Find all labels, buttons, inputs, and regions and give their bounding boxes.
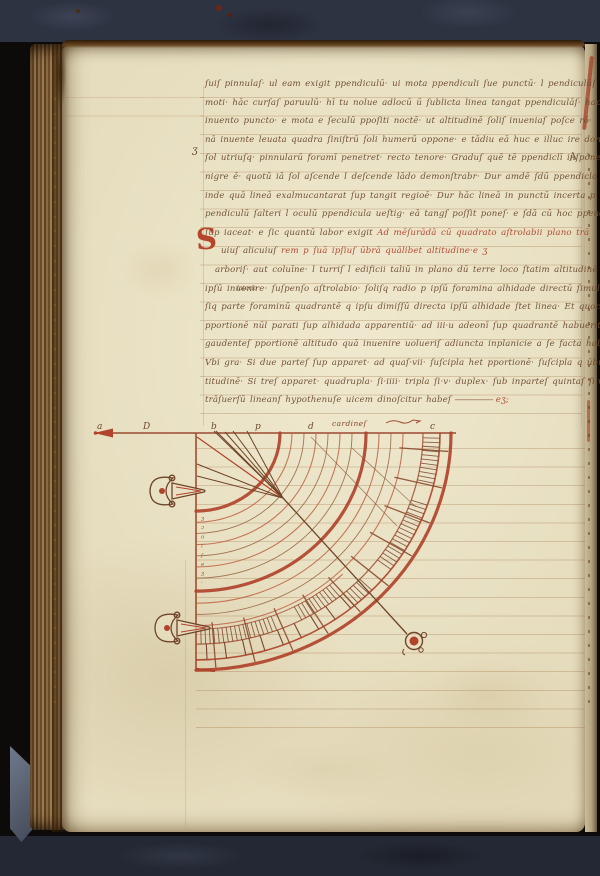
baseline-letters: aDbpdccardineſ	[97, 419, 435, 432]
bracket-ornament	[155, 612, 210, 644]
scale-tick	[234, 626, 237, 641]
text-line: Vbi gra· Si due parteſ ſup apparet· ad q…	[205, 358, 600, 369]
body-text: ſol utriuſq· pinnularū foramī penetret· …	[205, 153, 600, 163]
rubric-initial: S	[195, 223, 217, 254]
baseline-letter: b	[211, 422, 217, 432]
scale-tick	[251, 622, 255, 636]
edge-glyph-column: ʒɔoıſeʒ·	[200, 516, 205, 586]
sight-line	[352, 448, 416, 507]
bracket-red-dot	[159, 488, 165, 494]
scale-tick	[410, 504, 426, 509]
fan-lines	[197, 431, 416, 526]
body-text: ſiq parte foraminū quadrantē q ipſu dimi…	[205, 302, 600, 312]
paragraph-mark: ʒ	[192, 145, 198, 156]
body-text: gaudenteſ pportionē altitudo quā inuenir…	[205, 339, 600, 349]
scale-tick	[222, 628, 224, 643]
scale-tick	[263, 619, 268, 633]
scale-tick	[230, 627, 233, 642]
body-text: titudinē· Si treſ apparet· quadrupla· ſi…	[205, 377, 600, 387]
text-line: titudinē· Si treſ apparet· quadrupla· ſi…	[205, 377, 600, 388]
text-line: gaudenteſ pportionē altitudo quā inuenir…	[205, 339, 600, 350]
scale-tick	[319, 592, 328, 604]
body-text: inuento puncto· e mota e ſeculū ppoſiti …	[205, 116, 592, 126]
edge-glyph: ʒ	[200, 571, 205, 577]
scale-tick	[357, 582, 369, 593]
baseline-letter: a	[97, 422, 102, 432]
scale-tick	[330, 585, 340, 597]
scale-tick	[377, 560, 391, 570]
scale-tick	[255, 621, 259, 635]
edge-glyph: ɔ	[201, 525, 204, 531]
body-text: nā inuente leuata quadra ſiniſtrū ſoli h…	[205, 135, 600, 145]
scale-rung	[224, 642, 226, 658]
edge-glyph: ·	[201, 580, 203, 586]
thin-arc	[196, 433, 328, 556]
body-text: uiuſ alicuiuſ	[221, 246, 281, 256]
cardines-label: cardineſ	[332, 419, 368, 428]
scale-rung	[340, 596, 351, 608]
scale-tick	[408, 508, 424, 514]
scale-tick	[259, 620, 264, 634]
scale-tick	[421, 459, 438, 461]
manuscript-photo: aDbpdccardineſʒɔoıſeʒ· ſuiſ pinnulaſ· ul…	[0, 0, 600, 876]
flourish	[386, 420, 420, 423]
text-line: arboriſ· aut coluīne· l turriſ l edifici…	[215, 265, 600, 276]
fan-ray	[247, 431, 283, 498]
scale-rung	[294, 623, 301, 637]
thin-arc	[196, 433, 340, 567]
body-text: ſuiſ pinnulaſ· ul eam exigit ppendiculū·…	[205, 79, 600, 89]
body-text: moti· hāc curſaſ paruulū· hī tu nolue ad…	[205, 98, 600, 108]
baseline-letter: D	[142, 422, 150, 432]
scale-tick	[205, 629, 206, 644]
scale-tick	[323, 590, 333, 602]
text-line: ipſū inuenire· ſuſpenſo aſtrolabio· ſoli…	[205, 284, 600, 295]
plumb-bob-center	[410, 637, 419, 646]
scale-tick	[218, 628, 220, 643]
scale-tick	[347, 591, 358, 603]
scale-rung	[260, 636, 265, 651]
scale-tick	[309, 599, 318, 612]
text-line: ſuiſ pinnulaſ· ul eam exigit ppendiculū·…	[205, 79, 600, 90]
scale-tick	[226, 627, 228, 642]
scale-tick	[388, 546, 402, 554]
scale-tick	[209, 629, 210, 644]
edge-glyph: ʒ	[200, 516, 205, 522]
scale-rung	[206, 644, 207, 660]
scale-tick	[326, 587, 336, 599]
scale-tick	[350, 588, 362, 600]
body-text: inde quā lineā exalmucantarat ſup tangit…	[205, 191, 596, 201]
quadrant-diagram: aDbpdccardineſʒɔoıſeʒ·	[0, 0, 600, 876]
scale-rung	[326, 606, 336, 619]
text-line: moti· hāc curſaſ paruulū· hī tu nolue ad…	[205, 98, 600, 109]
body-text: trāſuerſū lineanſ hypothenuſe uicem dino…	[205, 395, 451, 405]
interlinear-note: laterio	[237, 285, 257, 292]
rubric-text: rem p ſuā ipſiuſ ūbrā quālibet altitudin…	[281, 246, 488, 256]
body-text: nigre ē· quotū iā ſol aſcende l deſcende…	[205, 172, 600, 182]
scale-tick	[316, 594, 325, 606]
rubric-text: eʒ;	[496, 395, 509, 405]
scale-tick	[239, 625, 242, 640]
scale-rung	[242, 640, 245, 655]
baseline-letter: p	[255, 422, 261, 432]
rubric-text: Ad mēſurādā cū quadrato aſtrolabii plano…	[377, 228, 589, 238]
scale-tick	[271, 616, 277, 630]
text-line: nigre ē· quotū iā ſol aſcende l deſcende…	[205, 172, 600, 183]
scale-tick	[423, 446, 440, 447]
body-text: ipſū inuenire· ſuſpenſo aſtrolabio· ſoli…	[205, 284, 600, 294]
text-line: ſup iaceat· e ſic quantū labor exigit Ad…	[205, 228, 589, 239]
bob-curl	[403, 649, 405, 655]
scale-tick	[312, 597, 321, 609]
scale-tick	[423, 442, 440, 443]
scale-tick	[421, 463, 438, 465]
band-arc	[196, 433, 423, 644]
baseline-letter: c	[430, 422, 435, 432]
bracket-red-dot	[164, 625, 170, 631]
scale-rung	[277, 630, 283, 645]
plumb-line-group	[283, 498, 427, 655]
baseline-letter: d	[308, 422, 314, 432]
body-text: —————	[451, 395, 495, 405]
alidade-edge	[197, 476, 283, 498]
text-line: ſiq parte foraminū quadrantē q ipſu dimi…	[205, 302, 600, 313]
text-line: pendiculū ſalteri l oculū ppendicula ueſ…	[205, 209, 600, 220]
body-text: arboriſ· aut coluīne· l turriſ l edifici…	[215, 265, 600, 275]
text-line: nā inuente leuata quadra ſiniſtrū ſoli h…	[205, 135, 600, 146]
scale-tick	[267, 618, 272, 632]
text-line: ſol utriuſq· pinnularū foramī penetret· …	[205, 153, 600, 164]
scale-tick	[305, 601, 313, 614]
text-line: trāſuerſū lineanſ hypothenuſe uicem dino…	[205, 395, 509, 406]
text-line: pportionē nūl parati ſup alhidada appare…	[205, 321, 600, 332]
body-text: ſup iaceat· e ſic quantū labor exigit	[205, 228, 377, 238]
scale-tick	[419, 471, 436, 474]
scale-tick	[383, 553, 397, 562]
text-line: uiuſ alicuiuſ rem p ſuā ipſiuſ ūbrā quāl…	[221, 246, 488, 257]
scale-tick	[385, 550, 399, 559]
body-text: pportionē nūl parati ſup alhidada appare…	[205, 321, 600, 331]
scale-tick	[380, 556, 394, 565]
scale-tick	[390, 542, 405, 550]
text-line: inuento puncto· e mota e ſeculū ppoſiti …	[205, 116, 592, 127]
scale-tick	[418, 476, 435, 479]
text-line: inde quā lineā exalmucantarat ſup tangit…	[205, 191, 596, 202]
scale-tick	[420, 467, 437, 470]
edge-glyph: o	[201, 534, 205, 540]
body-text: Vbi gra· Si due parteſ ſup apparet· ad q…	[205, 358, 600, 368]
bob-curl	[419, 648, 423, 652]
bob-curl	[421, 632, 426, 637]
body-text: pendiculū ſalteri l oculū ppendicula ueſ…	[205, 209, 600, 219]
scale-tick	[422, 455, 439, 457]
edge-glyph: ı	[201, 544, 203, 550]
